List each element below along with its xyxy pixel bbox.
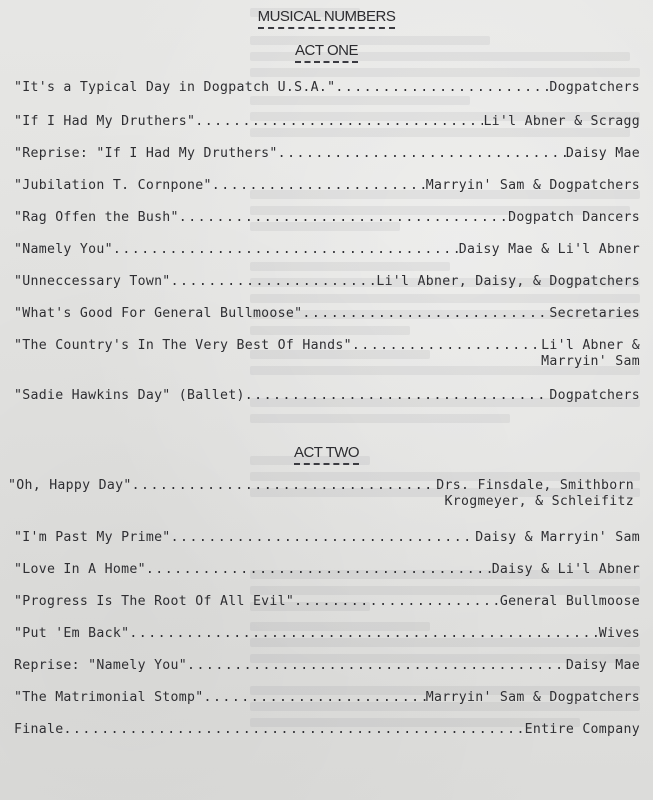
musical-number-line: Reprise: "Namely You"Daisy Mae	[14, 658, 640, 674]
musical-number-line: "Progress Is The Root Of All Evil"Genera…	[14, 594, 640, 610]
musical-number-row: "Progress Is The Root Of All Evil"Genera…	[14, 594, 653, 610]
dot-leader	[129, 626, 598, 642]
musical-number-row: "If I Had My Druthers"Li'l Abner & Scrag…	[14, 114, 653, 130]
musical-number-line: "It's a Typical Day in Dogpatch U.S.A."D…	[14, 80, 640, 96]
dot-leader	[187, 658, 566, 674]
song-title: Finale	[14, 722, 63, 738]
dot-leader	[204, 690, 426, 706]
dot-leader	[245, 388, 550, 404]
performers: Marryin' Sam & Dogpatchers	[426, 178, 640, 194]
musical-number-line: "Unneccessary Town"Li'l Abner, Daisy, & …	[14, 274, 640, 290]
dot-leader	[171, 530, 476, 546]
act-two-heading-text: ACT TWO	[294, 445, 359, 465]
performers-continued: Krogmeyer, & Schleifitz	[8, 494, 634, 510]
dot-leader	[212, 178, 426, 194]
performers: Li'l Abner & Scragg	[483, 114, 640, 130]
performers: Dogpatch Dancers	[508, 210, 640, 226]
song-title: "Jubilation T. Cornpone"	[14, 178, 212, 194]
performers: Li'l Abner &	[541, 338, 640, 354]
dot-leader	[63, 722, 524, 738]
musical-number-row: "It's a Typical Day in Dogpatch U.S.A."D…	[14, 80, 653, 96]
performers: Drs. Finsdale, Smithborn	[436, 478, 634, 494]
dot-leader	[179, 210, 508, 226]
dot-leader	[302, 306, 549, 322]
musical-number-row: "Sadie Hawkins Day" (Ballet)Dogpatchers	[14, 388, 653, 404]
dot-leader	[335, 80, 549, 96]
musical-number-row: "Reprise: "If I Had My Druthers"Daisy Ma…	[14, 146, 653, 162]
dot-leader	[352, 338, 541, 354]
dot-leader	[171, 274, 377, 290]
musical-number-line: "The Country's In The Very Best Of Hands…	[14, 338, 640, 354]
musical-number-row: "Oh, Happy Day"Drs. Finsdale, SmithbornK…	[8, 478, 648, 510]
song-title: "The Matrimonial Stomp"	[14, 690, 204, 706]
song-title: "Love In A Home"	[14, 562, 146, 578]
performers: General Bullmoose	[500, 594, 640, 610]
dot-leader	[132, 478, 437, 494]
document-title-text: MUSICAL NUMBERS	[258, 9, 396, 29]
act-one-heading: ACT ONE	[0, 42, 653, 63]
musical-number-row: "What's Good For General Bullmoose"Secre…	[14, 306, 653, 322]
song-title: "It's a Typical Day in Dogpatch U.S.A."	[14, 80, 335, 96]
song-title: "If I Had My Druthers"	[14, 114, 195, 130]
performers: Daisy & Li'l Abner	[492, 562, 640, 578]
musical-number-line: "Namely You"Daisy Mae & Li'l Abner	[14, 242, 640, 258]
document-title: MUSICAL NUMBERS	[0, 8, 653, 29]
performers: Entire Company	[525, 722, 640, 738]
musical-number-row: FinaleEntire Company	[14, 722, 653, 738]
song-title: "Unneccessary Town"	[14, 274, 171, 290]
song-title: "Oh, Happy Day"	[8, 478, 132, 494]
song-title: "What's Good For General Bullmoose"	[14, 306, 302, 322]
performers: Marryin' Sam & Dogpatchers	[426, 690, 640, 706]
song-title: "Progress Is The Root Of All Evil"	[14, 594, 294, 610]
performers-continued: Marryin' Sam	[14, 354, 640, 370]
act-one-heading-text: ACT ONE	[295, 43, 358, 63]
dot-leader	[278, 146, 566, 162]
musical-number-row: "Rag Offen the Bush"Dogpatch Dancers	[14, 210, 653, 226]
musical-number-line: "Jubilation T. Cornpone"Marryin' Sam & D…	[14, 178, 640, 194]
musical-number-row: "I'm Past My Prime"Daisy & Marryin' Sam	[14, 530, 653, 546]
musical-number-line: "If I Had My Druthers"Li'l Abner & Scrag…	[14, 114, 640, 130]
song-title: "Put 'Em Back"	[14, 626, 129, 642]
musical-number-line: "I'm Past My Prime"Daisy & Marryin' Sam	[14, 530, 640, 546]
musical-number-row: "Namely You"Daisy Mae & Li'l Abner	[14, 242, 653, 258]
musical-number-row: "Unneccessary Town"Li'l Abner, Daisy, & …	[14, 274, 653, 290]
song-title: "I'm Past My Prime"	[14, 530, 171, 546]
dot-leader	[146, 562, 492, 578]
performers: Wives	[599, 626, 640, 642]
performers: Daisy Mae	[566, 658, 640, 674]
musical-number-line: "Oh, Happy Day"Drs. Finsdale, Smithborn	[8, 478, 634, 494]
song-title: Reprise: "Namely You"	[14, 658, 187, 674]
musical-number-row: "The Country's In The Very Best Of Hands…	[14, 338, 653, 370]
musical-number-line: "Rag Offen the Bush"Dogpatch Dancers	[14, 210, 640, 226]
musical-number-line: "Put 'Em Back"Wives	[14, 626, 640, 642]
musical-number-row: "Love In A Home"Daisy & Li'l Abner	[14, 562, 653, 578]
performers: Secretaries	[549, 306, 640, 322]
performers: Dogpatchers	[549, 388, 640, 404]
song-title: "The Country's In The Very Best Of Hands…	[14, 338, 352, 354]
musical-number-line: "What's Good For General Bullmoose"Secre…	[14, 306, 640, 322]
performers: Daisy Mae & Li'l Abner	[459, 242, 640, 258]
musical-number-line: "Reprise: "If I Had My Druthers"Daisy Ma…	[14, 146, 640, 162]
act-two-heading: ACT TWO	[0, 444, 653, 465]
song-title: "Namely You"	[14, 242, 113, 258]
dot-leader	[294, 594, 500, 610]
musical-number-row: Reprise: "Namely You"Daisy Mae	[14, 658, 653, 674]
performers: Dogpatchers	[549, 80, 640, 96]
musical-number-row: "Put 'Em Back"Wives	[14, 626, 653, 642]
musical-number-row: "Jubilation T. Cornpone"Marryin' Sam & D…	[14, 178, 653, 194]
song-title: "Rag Offen the Bush"	[14, 210, 179, 226]
musical-number-row: "The Matrimonial Stomp"Marryin' Sam & Do…	[14, 690, 653, 706]
performers: Daisy & Marryin' Sam	[475, 530, 640, 546]
musical-number-line: "The Matrimonial Stomp"Marryin' Sam & Do…	[14, 690, 640, 706]
performers: Daisy Mae	[566, 146, 640, 162]
dot-leader	[113, 242, 459, 258]
musical-number-line: "Sadie Hawkins Day" (Ballet)Dogpatchers	[14, 388, 640, 404]
performers: Li'l Abner, Daisy, & Dogpatchers	[376, 274, 640, 290]
song-title: "Reprise: "If I Had My Druthers"	[14, 146, 278, 162]
dot-leader	[195, 114, 483, 130]
song-title: "Sadie Hawkins Day" (Ballet)	[14, 388, 245, 404]
musical-number-line: "Love In A Home"Daisy & Li'l Abner	[14, 562, 640, 578]
musical-number-line: FinaleEntire Company	[14, 722, 640, 738]
